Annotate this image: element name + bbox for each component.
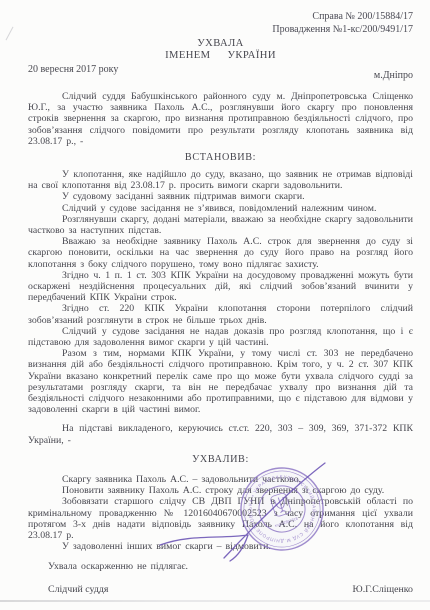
judge-name: Ю.Г.Сліщенко: [353, 584, 413, 596]
scan-edge: [0, 600, 430, 602]
pencil-mark: [6, 27, 14, 41]
document-page: Справа № 200/15884/17 Провадження №1-кс/…: [0, 0, 430, 610]
document-city: м.Дніпро: [374, 64, 413, 82]
document-date: 20 вересня 2017 року: [28, 64, 118, 82]
date-row: 20 вересня 2017 року м.Дніпро: [28, 64, 413, 82]
established-heading: ВСТАНОВИВ:: [28, 152, 413, 164]
established-paragraph: Слідчий у судове засідання не з’явився, …: [28, 203, 413, 214]
title-block: УХВАЛА ІМЕНЕМ УКРАЇНИ: [28, 38, 413, 61]
document-title: УХВАЛА: [28, 38, 413, 50]
case-number: Справа № 200/15884/17: [28, 10, 413, 23]
established-paragraph: Згідно ч. 1 п. 1 ст. 303 КПК України на …: [28, 270, 413, 304]
established-paragraph: Розглянувши скаргу, додані матеріали, вв…: [28, 214, 413, 236]
proceeding-number: Провадження №1-кс/200/9491/17: [28, 23, 413, 36]
case-info: Справа № 200/15884/17 Провадження №1-кс/…: [28, 10, 413, 36]
signature-row: Слідчий суддя Ю.Г.Сліщенко: [28, 584, 413, 596]
established-paragraph: У судовому засіданні заявник підтримав в…: [28, 191, 413, 202]
established-paragraph: Слідчий у судове засідання не надав дока…: [28, 326, 413, 348]
established-paragraph: У клопотання, яке надійшло до суду, вказ…: [28, 169, 413, 191]
document-subtitle: ІМЕНЕМ УКРАЇНИ: [28, 50, 413, 62]
established-paragraph: Вважаю за необхідне заявнику Пахоль А.С.…: [28, 236, 413, 270]
established-paragraph: Разом з тим, нормами КПК України, у тому…: [28, 348, 413, 415]
legal-basis-paragraph: На підставі викладеного, керуючись ст.ст…: [28, 423, 413, 445]
judge-title: Слідчий суддя: [48, 584, 108, 596]
established-paragraph: Згідно ст. 220 КПК України клопотання ст…: [28, 303, 413, 325]
judge-signature: [140, 455, 340, 570]
intro-paragraph: Слідчий суддя Бабушкінського районного с…: [28, 91, 413, 147]
